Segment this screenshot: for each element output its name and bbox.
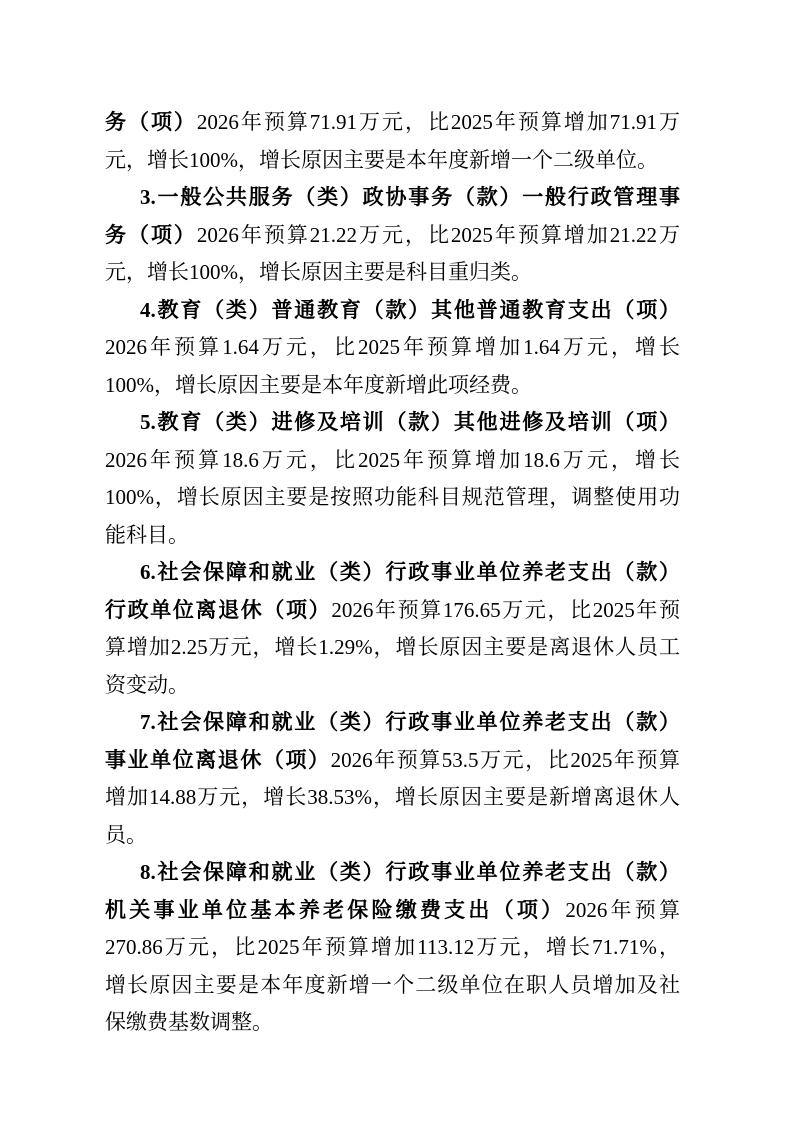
text-line: 增加14.88万元，增长38.53%，增长原因主要是新增离退休人 bbox=[105, 779, 680, 817]
body-text-block: 务（项）2026年预算71.91万元，比2025年预算增加71.91万元，增长1… bbox=[105, 104, 680, 1042]
bold-text-segment: 务（项） bbox=[105, 110, 197, 134]
text-segment: 能科目。 bbox=[105, 523, 189, 547]
text-line: 务（项）2026年预算71.91万元，比2025年预算增加71.91万 bbox=[105, 104, 680, 142]
text-segment: 保缴费基数调整。 bbox=[105, 1010, 273, 1034]
text-segment: 元，增长100%，增长原因主要是本年度新增一个二级单位。 bbox=[105, 148, 658, 172]
bold-text-segment: 8.社会保障和就业（类）行政事业单位养老支出（款） bbox=[140, 860, 680, 884]
text-line: 5.教育（类）进修及培训（款）其他进修及培训（项） bbox=[105, 404, 680, 442]
text-line: 7.社会保障和就业（类）行政事业单位养老支出（款） bbox=[105, 704, 680, 742]
text-line: 增长原因主要是本年度新增一个二级单位在职人员增加及社 bbox=[105, 967, 680, 1005]
text-segment: 270.86万元，比2025年预算增加113.12万元，增长71.71%， bbox=[105, 935, 680, 959]
text-segment: 算增加2.25万元，增长1.29%，增长原因主要是离退休人员工 bbox=[105, 635, 680, 659]
text-segment: 2026年预算 bbox=[565, 898, 680, 922]
text-segment: 2026年预算18.6万元，比2025年预算增加18.6万元，增长 bbox=[105, 448, 680, 472]
text-line: 100%，增长原因主要是本年度新增此项经费。 bbox=[105, 367, 680, 405]
bold-text-segment: 务（项） bbox=[105, 223, 197, 247]
bold-text-segment: 6.社会保障和就业（类）行政事业单位养老支出（款） bbox=[140, 560, 680, 584]
text-segment: 增加14.88万元，增长38.53%，增长原因主要是新增离退休人 bbox=[105, 785, 680, 809]
text-segment: 员。 bbox=[105, 823, 147, 847]
text-segment: 100%，增长原因主要是本年度新增此项经费。 bbox=[105, 373, 532, 397]
bold-text-segment: 3.一般公共服务（类）政协事务（款）一般行政管理事 bbox=[140, 185, 680, 209]
text-line: 100%，增长原因主要是按照功能科目规范管理，调整使用功 bbox=[105, 479, 680, 517]
text-segment: 100%，增长原因主要是按照功能科目规范管理，调整使用功 bbox=[105, 485, 680, 509]
text-segment: 2026年预算71.91万元，比2025年预算增加71.91万 bbox=[197, 110, 680, 134]
text-line: 算增加2.25万元，增长1.29%，增长原因主要是离退休人员工 bbox=[105, 629, 680, 667]
text-segment: 2026年预算176.65万元，比2025年预 bbox=[331, 598, 680, 622]
text-line: 270.86万元，比2025年预算增加113.12万元，增长71.71%， bbox=[105, 929, 680, 967]
text-line: 机关事业单位基本养老保险缴费支出（项）2026年预算 bbox=[105, 892, 680, 930]
text-line: 6.社会保障和就业（类）行政事业单位养老支出（款） bbox=[105, 554, 680, 592]
text-line: 2026年预算18.6万元，比2025年预算增加18.6万元，增长 bbox=[105, 442, 680, 480]
text-line: 4.教育（类）普通教育（款）其他普通教育支出（项） bbox=[105, 292, 680, 330]
text-segment: 增长原因主要是本年度新增一个二级单位在职人员增加及社 bbox=[105, 973, 680, 997]
text-line: 2026年预算1.64万元，比2025年预算增加1.64万元，增长 bbox=[105, 329, 680, 367]
bold-text-segment: 7.社会保障和就业（类）行政事业单位养老支出（款） bbox=[140, 710, 680, 734]
text-line: 事业单位离退休（项）2026年预算53.5万元，比2025年预算 bbox=[105, 742, 680, 780]
bold-text-segment: 行政单位离退休（项） bbox=[105, 598, 331, 622]
text-segment: 元，增长100%，增长原因主要是科目重归类。 bbox=[105, 260, 532, 284]
text-line: 行政单位离退休（项）2026年预算176.65万元，比2025年预 bbox=[105, 592, 680, 630]
document-page: 务（项）2026年预算71.91万元，比2025年预算增加71.91万元，增长1… bbox=[0, 0, 793, 1122]
text-line: 保缴费基数调整。 bbox=[105, 1004, 680, 1042]
bold-text-segment: 4.教育（类）普通教育（款）其他普通教育支出（项） bbox=[140, 298, 680, 322]
text-line: 员。 bbox=[105, 817, 680, 855]
bold-text-segment: 事业单位离退休（项） bbox=[105, 748, 331, 772]
text-segment: 2026年预算21.22万元，比2025年预算增加21.22万 bbox=[197, 223, 680, 247]
text-segment: 资变动。 bbox=[105, 673, 189, 697]
text-line: 8.社会保障和就业（类）行政事业单位养老支出（款） bbox=[105, 854, 680, 892]
text-line: 资变动。 bbox=[105, 667, 680, 705]
text-line: 元，增长100%，增长原因主要是本年度新增一个二级单位。 bbox=[105, 142, 680, 180]
text-line: 务（项）2026年预算21.22万元，比2025年预算增加21.22万 bbox=[105, 217, 680, 255]
text-segment: 2026年预算53.5万元，比2025年预算 bbox=[331, 748, 680, 772]
text-segment: 2026年预算1.64万元，比2025年预算增加1.64万元，增长 bbox=[105, 335, 680, 359]
text-line: 能科目。 bbox=[105, 517, 680, 555]
bold-text-segment: 5.教育（类）进修及培训（款）其他进修及培训（项） bbox=[140, 410, 680, 434]
bold-text-segment: 机关事业单位基本养老保险缴费支出（项） bbox=[105, 898, 565, 922]
text-line: 3.一般公共服务（类）政协事务（款）一般行政管理事 bbox=[105, 179, 680, 217]
text-line: 元，增长100%，增长原因主要是科目重归类。 bbox=[105, 254, 680, 292]
